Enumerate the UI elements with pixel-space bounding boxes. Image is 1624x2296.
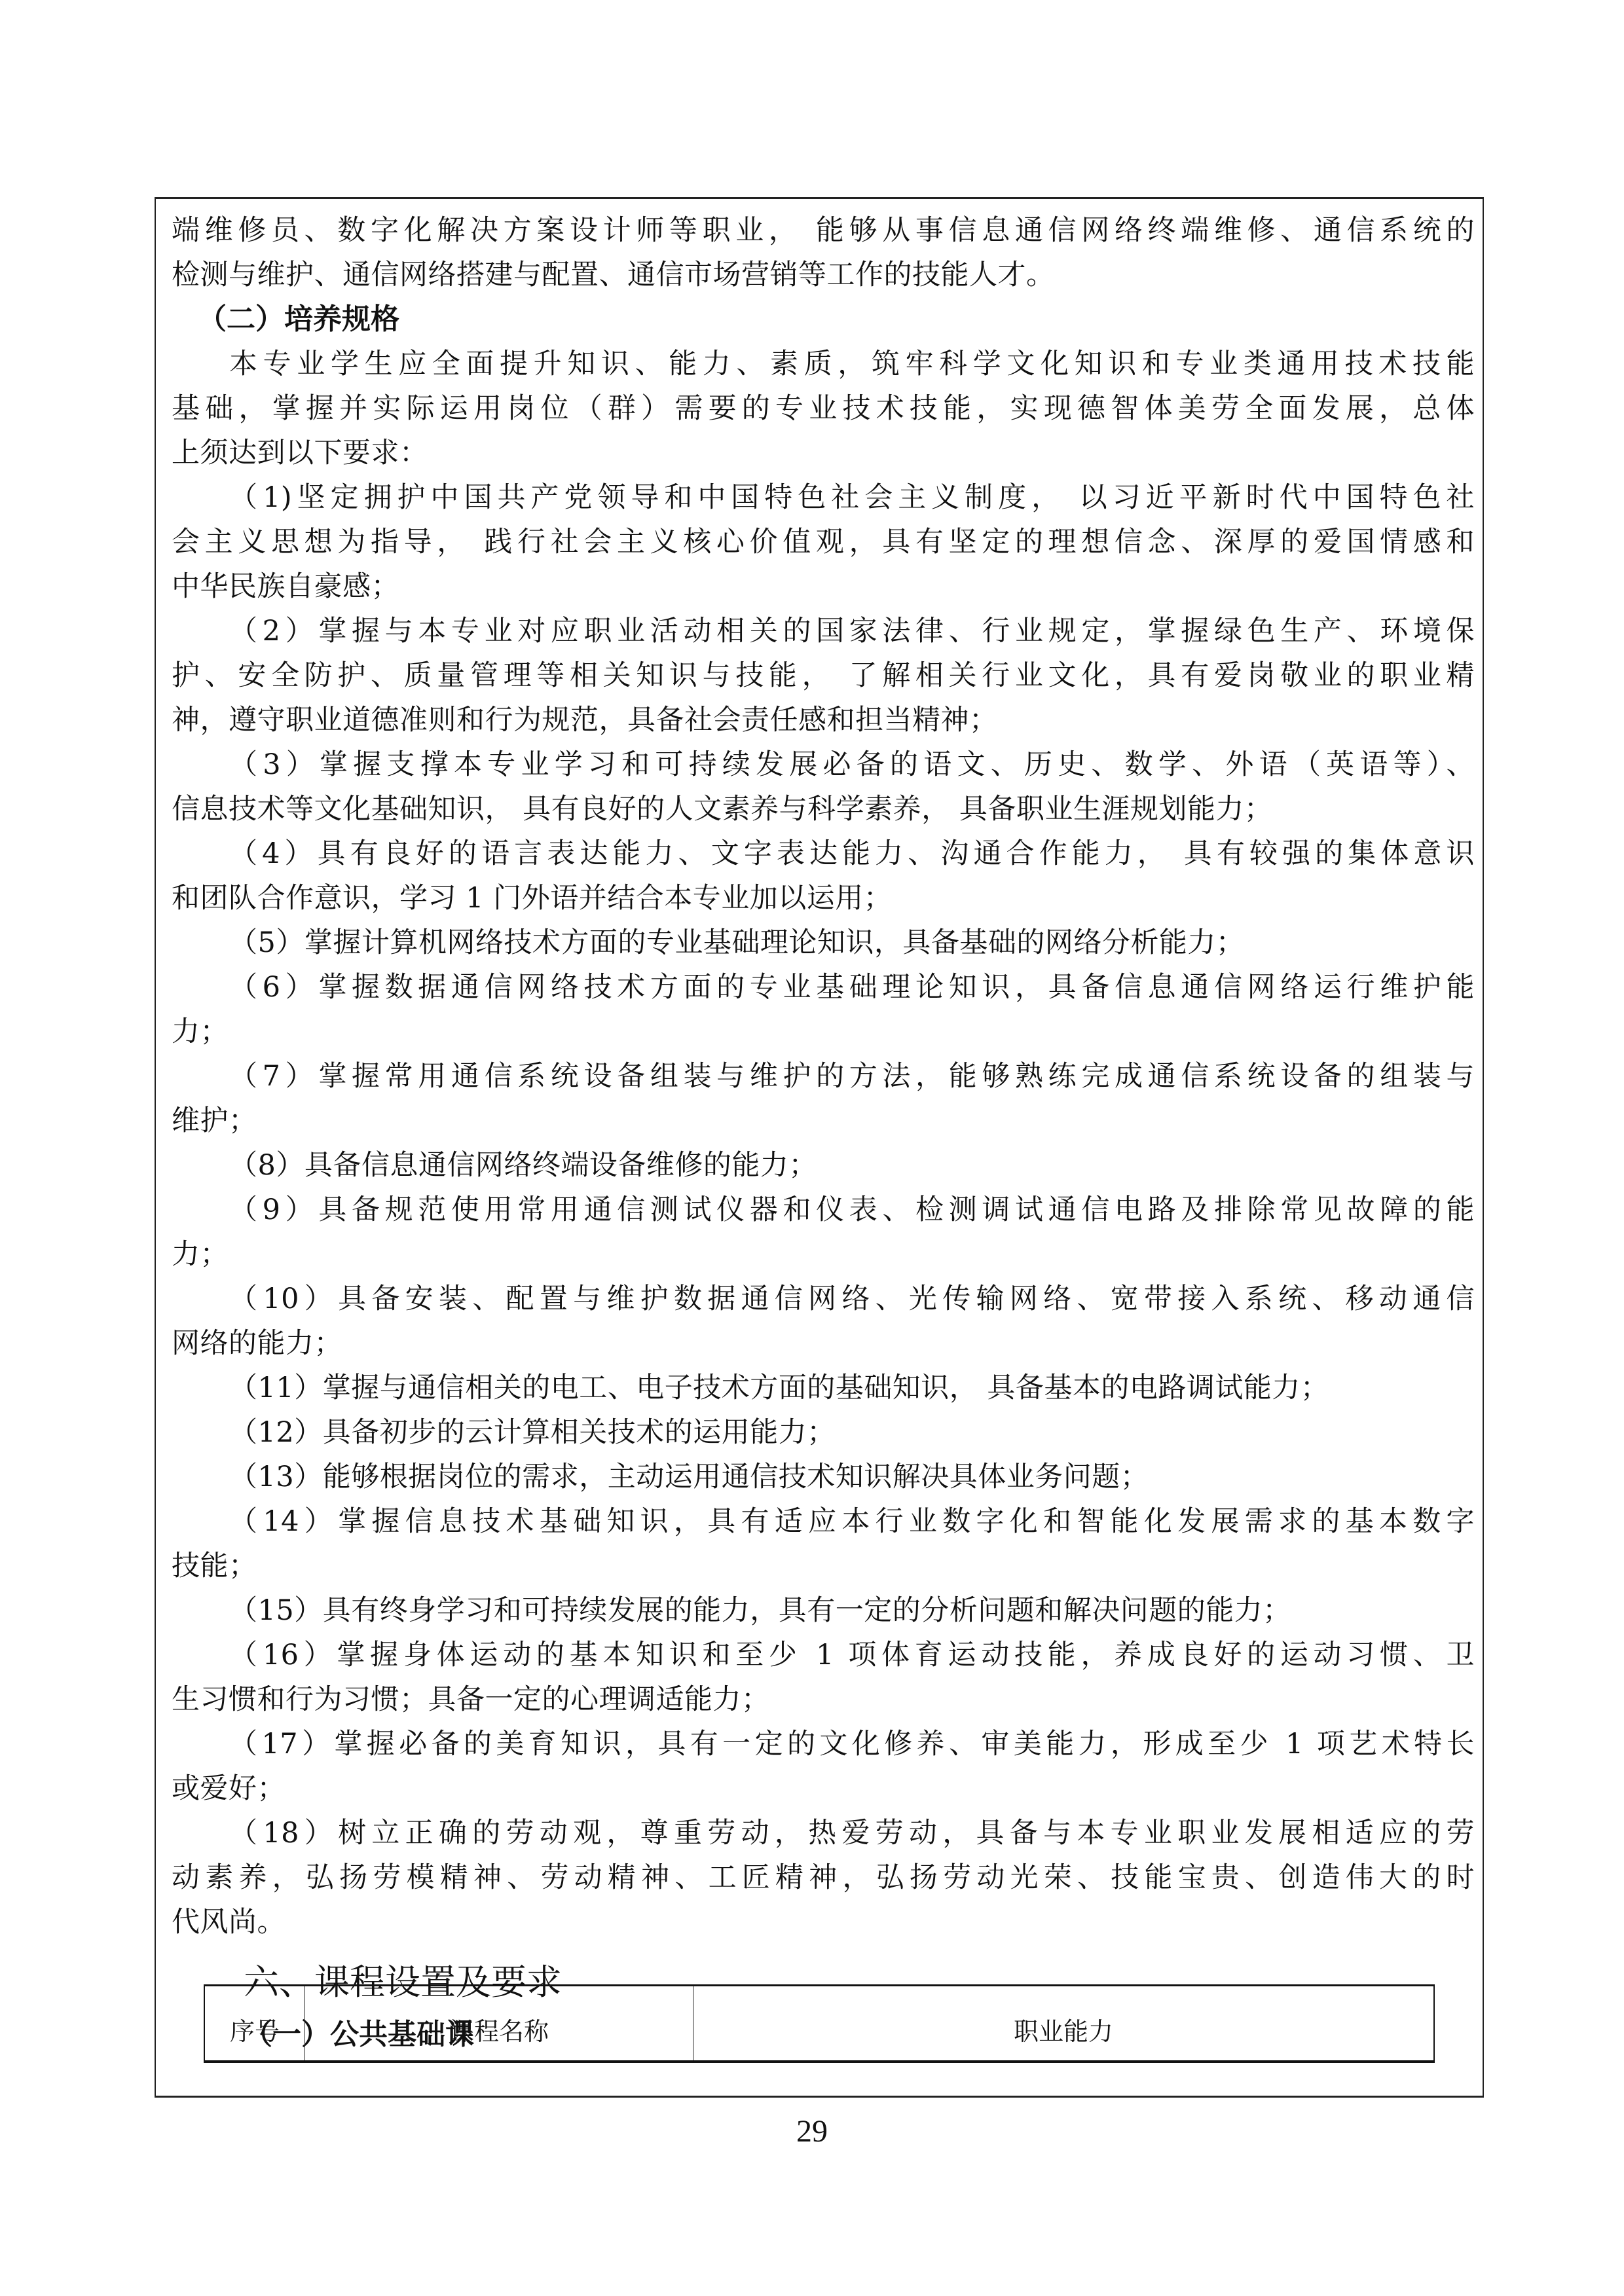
requirement-line: 动素养，弘扬劳模精神、劳动精神、工匠精神，弘扬劳动光荣、技能宝贵、创造伟大的时 <box>172 1855 1475 1900</box>
requirement-line: 力； <box>172 1010 1475 1054</box>
requirement-line: 维护； <box>172 1099 1475 1143</box>
col-header-index: 序号 <box>204 1986 305 2062</box>
training-spec-heading: （二）培养规格 <box>172 297 1475 342</box>
document-body: 端维修员、数字化解决方案设计师等职业， 能够从事信息通信网络终端维修、通信系统的… <box>172 208 1475 2057</box>
requirement-line: 技能； <box>172 1544 1475 1588</box>
requirement-line: （18）树立正确的劳动观，尊重劳动，热爱劳动，具备与本专业职业发展相适应的劳 <box>172 1811 1475 1855</box>
requirement-line: （5）掌握计算机网络技术方面的专业基础理论知识，具备基础的网络分析能力； <box>172 920 1475 965</box>
requirement-line: （8）具备信息通信网络终端设备维修的能力； <box>172 1143 1475 1188</box>
requirement-line: （1)坚定拥护中国共产党领导和中国特色社会主义制度， 以习近平新时代中国特色社 <box>172 475 1475 520</box>
requirement-line: （12）具备初步的云计算相关技术的运用能力； <box>172 1410 1475 1455</box>
paragraph-line: 检测与维护、通信网络搭建与配置、通信市场营销等工作的技能人才。 <box>172 253 1475 297</box>
requirement-line: 中华民族自豪感； <box>172 564 1475 609</box>
requirements-list: （1)坚定拥护中国共产党领导和中国特色社会主义制度， 以习近平新时代中国特色社会… <box>172 475 1475 1944</box>
intro-line: 上须达到以下要求： <box>172 431 1475 475</box>
requirement-line: （3）掌握支撑本专业学习和可持续发展必备的语文、历史、数学、外语（英语等）、 <box>172 742 1475 787</box>
requirement-line: 信息技术等文化基础知识， 具有良好的人文素养与科学素养， 具备职业生涯规划能力； <box>172 787 1475 831</box>
requirement-line: （9）具备规范使用常用通信测试仪器和仪表、检测调试通信电路及排除常见故障的能 <box>172 1188 1475 1232</box>
requirement-line: 神，遵守职业道德准则和行为规范，具备社会责任感和担当精神； <box>172 698 1475 742</box>
requirement-line: 网络的能力； <box>172 1321 1475 1366</box>
requirement-line: 和团队合作意识，学习 1 门外语并结合本专业加以运用； <box>172 876 1475 920</box>
requirement-line: （11）掌握与通信相关的电工、电子技术方面的基础知识， 具备基本的电路调试能力； <box>172 1366 1475 1410</box>
requirement-line: （2）掌握与本专业对应职业活动相关的国家法律、行业规定，掌握绿色生产、环境保 <box>172 609 1475 653</box>
requirement-line: 代风尚。 <box>172 1900 1475 1944</box>
col-header-vocational-ability: 职业能力 <box>693 1986 1435 2062</box>
requirement-line: （6）掌握数据通信网络技术方面的专业基础理论知识，具备信息通信网络运行维护能 <box>172 965 1475 1010</box>
requirement-line: 护、安全防护、质量管理等相关知识与技能， 了解相关行业文化，具有爱岗敬业的职业精 <box>172 653 1475 698</box>
requirement-line: （15）具有终身学习和可持续发展的能力，具有一定的分析问题和解决问题的能力； <box>172 1588 1475 1633</box>
requirement-line: （13）能够根据岗位的需求，主动运用通信技术知识解决具体业务问题； <box>172 1455 1475 1499</box>
public-courses-table: 序号 课程名称 职业能力 <box>204 1984 1435 2063</box>
page-number: 29 <box>0 2113 1624 2149</box>
requirement-line: 力； <box>172 1232 1475 1277</box>
requirement-line: （10）具备安装、配置与维护数据通信网络、光传输网络、宽带接入系统、移动通信 <box>172 1277 1475 1321</box>
intro-line: 基础，掌握并实际运用岗位（群）需要的专业技术技能，实现德智体美劳全面发展，总体 <box>172 386 1475 431</box>
requirement-line: 会主义思想为指导， 践行社会主义核心价值观，具有坚定的理想信念、深厚的爱国情感和 <box>172 520 1475 564</box>
requirement-line: （14）掌握信息技术基础知识，具有适应本行业数字化和智能化发展需求的基本数字 <box>172 1499 1475 1544</box>
col-header-course-name: 课程名称 <box>305 1986 693 2062</box>
table-header-row: 序号 课程名称 职业能力 <box>204 1986 1434 2062</box>
requirement-line: （17）掌握必备的美育知识，具有一定的文化修养、审美能力，形成至少 1 项艺术特… <box>172 1722 1475 1766</box>
requirement-line: （4）具有良好的语言表达能力、文字表达能力、沟通合作能力， 具有较强的集体意识 <box>172 831 1475 876</box>
requirement-line: （16）掌握身体运动的基本知识和至少 1 项体育运动技能，养成良好的运动习惯、卫 <box>172 1633 1475 1677</box>
requirement-line: 生习惯和行为习惯；具备一定的心理调适能力； <box>172 1677 1475 1722</box>
intro-line: 本专业学生应全面提升知识、能力、素质，筑牢科学文化知识和专业类通用技术技能 <box>172 342 1475 386</box>
requirement-line: 或爱好； <box>172 1766 1475 1811</box>
paragraph-line: 端维修员、数字化解决方案设计师等职业， 能够从事信息通信网络终端维修、通信系统的 <box>172 208 1475 253</box>
requirement-line: （7）掌握常用通信系统设备组装与维护的方法，能够熟练完成通信系统设备的组装与 <box>172 1054 1475 1099</box>
